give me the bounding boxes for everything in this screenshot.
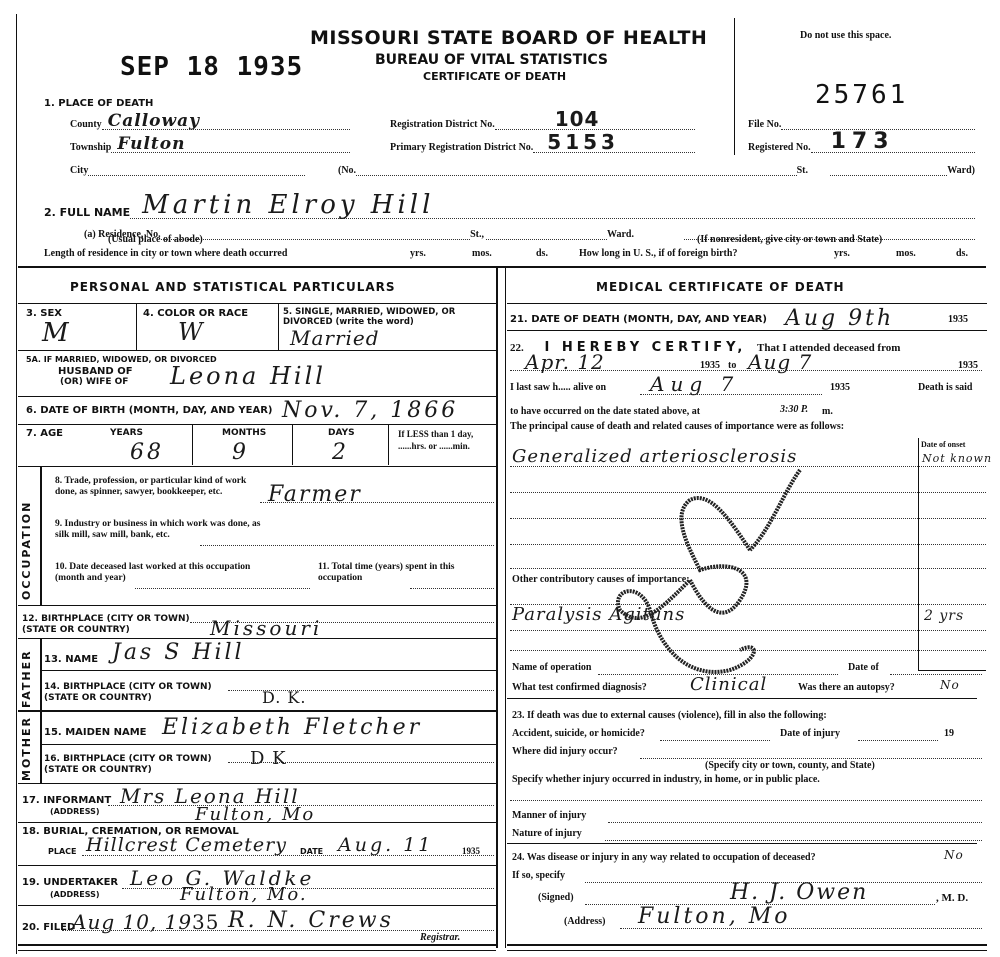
specify-city-note: (Specify city or town, county, and State… (705, 760, 875, 771)
death-said-label: Death is said (918, 382, 972, 393)
county-label: County (70, 119, 102, 130)
filed-label: 20. FILED (22, 922, 75, 933)
divider (18, 638, 496, 639)
marital-value[interactable]: Married (290, 326, 380, 350)
divider (507, 698, 977, 699)
county-value: Calloway (108, 111, 200, 131)
father-birthplace-label: 14. BIRTHPLACE (CITY OR TOWN) (STATE OR … (44, 682, 244, 704)
sex-value[interactable]: M (42, 318, 70, 348)
marital-label: 5. SINGLE, MARRIED, WIDOWED, OR DIVORCED… (283, 307, 493, 327)
divider (918, 670, 986, 671)
trade-label: 8. Trade, profession, or particular kind… (55, 476, 265, 498)
mother-name-value[interactable]: Elizabeth Fletcher (162, 715, 422, 740)
foreign-mos-label: mos. (896, 248, 916, 259)
spouse-label-2: HUSBAND OF (58, 366, 133, 377)
spouse-label-3: (OR) WIFE OF (60, 377, 128, 387)
primary-registration-field[interactable]: Primary Registration District No. 5153 (390, 135, 695, 153)
nonresident-note: (If nonresident, give city or town and S… (697, 234, 882, 245)
primary-registration-label: Primary Registration District No. (390, 142, 533, 153)
divider (42, 670, 496, 671)
foreign-birth-label: How long in U. S., if of foreign birth? (579, 248, 737, 259)
column-divider-left (496, 268, 498, 948)
foreign-yrs-label: yrs. (834, 248, 850, 259)
manner-field[interactable] (608, 822, 982, 823)
signed-label: (Signed) (538, 892, 574, 903)
informant-address-label: (ADDRESS) (50, 807, 100, 816)
months-value[interactable]: 9 (232, 440, 247, 465)
contributory-onset-value[interactable]: 2 yrs (924, 608, 964, 624)
registrar-label: Registrar. (420, 932, 460, 943)
divider (18, 822, 496, 823)
attended-to-value[interactable]: Aug 7 (748, 350, 812, 374)
total-time-label: 11. Total time (years) spent in this occ… (318, 562, 458, 584)
informant-label: 17. INFORMANT (22, 795, 111, 806)
page-border-left (16, 14, 17, 954)
occupation-related-value[interactable]: No (944, 848, 964, 862)
divider (18, 466, 496, 467)
township-label: Township (70, 142, 111, 153)
full-name-field[interactable]: 2. FULL NAME Martin Elroy Hill (44, 193, 975, 219)
certify-number: 22. (510, 342, 524, 354)
injury-date-label: Date of injury (780, 728, 840, 739)
street-label: St. (797, 165, 808, 176)
residence-ward-label: Ward. (607, 229, 634, 240)
divider (507, 303, 987, 304)
physician-address-value[interactable]: Fulton, Mo (638, 904, 790, 929)
full-name-label: 2. FULL NAME (44, 206, 130, 219)
column-divider-right (505, 268, 506, 948)
divider (292, 425, 293, 465)
ward-field[interactable]: Ward) (830, 158, 975, 176)
years-label: YEARS (110, 428, 143, 438)
full-name-value: Martin Elroy Hill (142, 190, 434, 220)
industry-label: 9. Industry or business in which work wa… (55, 519, 265, 541)
foreign-ds-label: ds. (956, 248, 968, 259)
undertaker-label: 19. UNDERTAKER (22, 877, 118, 888)
dob-value[interactable]: Nov. 7, 1866 (282, 398, 458, 423)
registration-district-field[interactable]: Registration District No. 104 (390, 112, 695, 130)
physician-signature[interactable]: H. J. Owen (730, 880, 868, 905)
occupation-side-label: OCCUPATION (20, 480, 33, 600)
divider (18, 396, 496, 397)
divider (507, 950, 987, 951)
attended-from-year[interactable]: 1935 (700, 360, 720, 371)
spouse-value[interactable]: Leona Hill (170, 362, 326, 390)
mother-birthplace-label: 16. BIRTHPLACE (CITY OR TOWN) (STATE OR … (44, 754, 244, 776)
registered-number-label: Registered No. (748, 142, 811, 153)
md-label: , M. D. (936, 892, 968, 904)
dod-value[interactable]: Aug 9th (785, 306, 894, 331)
age-label: 7. AGE (26, 428, 63, 439)
father-side-label: FATHER (20, 648, 33, 708)
time-suffix: m. (822, 406, 833, 417)
last-saw-label: I last saw h..... alive on (510, 382, 606, 393)
date-onset-label: Date of onset (921, 440, 965, 449)
father-name-value[interactable]: Jas S Hill (112, 640, 245, 665)
years-value[interactable]: 68 (130, 440, 164, 465)
divider-header (18, 266, 986, 268)
less-than-day-note: If LESS than 1 day, ......hrs. or ......… (398, 428, 494, 452)
injury-year-prefix: 19 (944, 728, 954, 739)
board-title: MISSOURI STATE BOARD OF HEALTH (310, 27, 707, 49)
divider (18, 303, 496, 304)
county-field[interactable]: County Calloway (70, 112, 350, 130)
last-worked-field[interactable] (135, 588, 310, 589)
occurred-label: to have occurred on the date stated abov… (510, 406, 700, 417)
burial-year-value[interactable]: 1935 (462, 846, 480, 856)
personal-section-title: PERSONAL AND STATISTICAL PARTICULARS (70, 280, 396, 294)
to-label: to (728, 360, 736, 371)
city-field[interactable]: City (70, 158, 305, 176)
last-worked-label: 10. Date deceased last worked at this oc… (55, 562, 265, 584)
if-so-label: If so, specify (512, 870, 565, 881)
time-value[interactable]: 3:30 P. (780, 404, 808, 415)
birthplace-label: 12. BIRTHPLACE (CITY OR TOWN) (STATE OR … (22, 614, 202, 636)
days-value[interactable]: 2 (332, 440, 347, 465)
divider (18, 710, 496, 712)
dotted-line (62, 930, 494, 931)
burial-place-value[interactable]: Hillcrest Cemetery (86, 834, 287, 856)
principal-cause-label: The principal cause of death and related… (510, 421, 844, 432)
father-birthplace-value[interactable]: D. K. (262, 688, 306, 707)
city-number-field[interactable]: (No. St. (338, 158, 808, 176)
city-label: City (70, 165, 88, 176)
where-injury-label: Where did injury occur? (512, 746, 618, 757)
last-saw-value[interactable]: Aug 7 (650, 372, 739, 396)
divider (507, 944, 987, 946)
divider (18, 424, 496, 425)
manner-label: Manner of injury (512, 810, 586, 821)
undertaker-address-label: (ADDRESS) (50, 890, 100, 899)
external-causes-label: 23. If death was due to external causes … (512, 710, 827, 721)
trade-value[interactable]: Farmer (268, 482, 362, 507)
file-number-label: File No. (748, 119, 781, 130)
primary-registration-value: 5153 (547, 130, 619, 154)
certificate-title: CERTIFICATE OF DEATH (423, 70, 566, 83)
divider (507, 330, 987, 331)
last-saw-year[interactable]: 1935 (830, 382, 850, 393)
accident-field[interactable] (660, 740, 770, 741)
mother-birthplace-value[interactable]: D K (250, 748, 287, 769)
usual-abode-note: (Usual place of abode) (108, 234, 203, 245)
number-label: (No. (338, 165, 356, 176)
place-of-death-label: 1. PLACE OF DEATH (44, 98, 153, 109)
burial-date-value[interactable]: Aug. 11 (338, 834, 433, 856)
township-value: Fulton (117, 134, 185, 154)
divider (18, 944, 496, 946)
months-label: MONTHS (222, 428, 266, 438)
medical-section-title: MEDICAL CERTIFICATE OF DEATH (596, 280, 845, 294)
dod-year-value[interactable]: 1935 (948, 314, 968, 325)
length-residence-row: Length of residence in city or town wher… (44, 248, 975, 259)
registration-district-label: Registration District No. (390, 119, 495, 130)
injury-date-field[interactable] (858, 740, 938, 741)
received-date-stamp: SEP 18 1935 (120, 52, 303, 82)
registration-district-value: 104 (555, 107, 600, 131)
dod-label: 21. DATE OF DEATH (MONTH, DAY, AND YEAR) (510, 314, 767, 325)
residence-yrs-label: yrs. (410, 248, 426, 259)
burial-place-label: PLACE (48, 847, 77, 856)
residence-ward-field[interactable]: Ward. (486, 222, 634, 240)
specify-where-label: Specify whether injury occurred in indus… (512, 774, 820, 785)
attended-to-year[interactable]: 1935 (958, 360, 978, 371)
divider (18, 905, 496, 906)
principal-onset-value[interactable]: Not known (922, 452, 992, 465)
operation-date-field[interactable] (890, 674, 982, 675)
divider (18, 950, 496, 951)
file-number-stamp: 25761 (815, 80, 908, 110)
attended-from-value[interactable]: Apr. 12 (525, 350, 605, 374)
accident-label: Accident, suicide, or homicide? (512, 728, 645, 739)
specify-where-field[interactable] (510, 800, 982, 801)
residence-mos-label: mos. (472, 248, 492, 259)
operation-date-label: Date of (848, 662, 879, 673)
test-value[interactable]: Clinical (690, 674, 767, 695)
divider (42, 744, 496, 745)
father-name-label: 13. NAME (44, 654, 98, 665)
mother-name-label: 15. MAIDEN NAME (44, 727, 146, 738)
ward-label: Ward) (947, 165, 975, 176)
nature-field[interactable] (605, 840, 982, 841)
registered-number-value: 173 (831, 129, 895, 154)
divider (192, 425, 193, 465)
occupation-related-label: 24. Was disease or injury in any way rel… (512, 852, 816, 863)
header-divider (734, 18, 735, 155)
divider (40, 639, 42, 711)
autopsy-value[interactable]: No (940, 678, 960, 692)
dob-label: 6. DATE OF BIRTH (MONTH, DAY, AND YEAR) (26, 405, 273, 416)
divider (388, 425, 389, 465)
divider (18, 605, 496, 606)
file-number-field[interactable]: File No. (748, 112, 975, 130)
bureau-title: BUREAU OF VITAL STATISTICS (375, 52, 608, 68)
autopsy-label: Was there an autopsy? (798, 682, 895, 693)
days-label: DAYS (328, 428, 355, 438)
nature-label: Nature of injury (512, 828, 582, 839)
burial-date-label: DATE (300, 847, 323, 856)
divider (18, 350, 496, 351)
registered-number-field[interactable]: Registered No. 173 (748, 135, 975, 153)
industry-field[interactable] (200, 545, 494, 546)
residence-ds-label: ds. (536, 248, 548, 259)
divider (40, 467, 42, 605)
race-value[interactable]: W (178, 318, 204, 346)
operation-label: Name of operation (512, 662, 591, 673)
divider (507, 843, 977, 844)
physician-address-label: (Address) (564, 916, 605, 927)
signature-scribble-icon (590, 460, 820, 710)
residence-street-label: St., (470, 229, 484, 240)
where-injury-field[interactable] (640, 758, 982, 759)
do-not-use-note: Do not use this space. (800, 30, 891, 41)
township-field[interactable]: Township Fulton (70, 135, 350, 153)
test-label: What test confirmed diagnosis? (512, 682, 647, 693)
length-residence-label: Length of residence in city or town wher… (44, 248, 287, 259)
divider (278, 304, 279, 350)
undertaker-address-value[interactable]: Fulton, Mo. (180, 884, 308, 905)
mother-side-label: MOTHER (20, 716, 33, 781)
birthplace-value[interactable]: Missouri (210, 616, 322, 640)
onset-column-divider (918, 438, 919, 670)
total-time-field[interactable] (410, 588, 494, 589)
divider (40, 712, 42, 784)
divider (136, 304, 137, 350)
